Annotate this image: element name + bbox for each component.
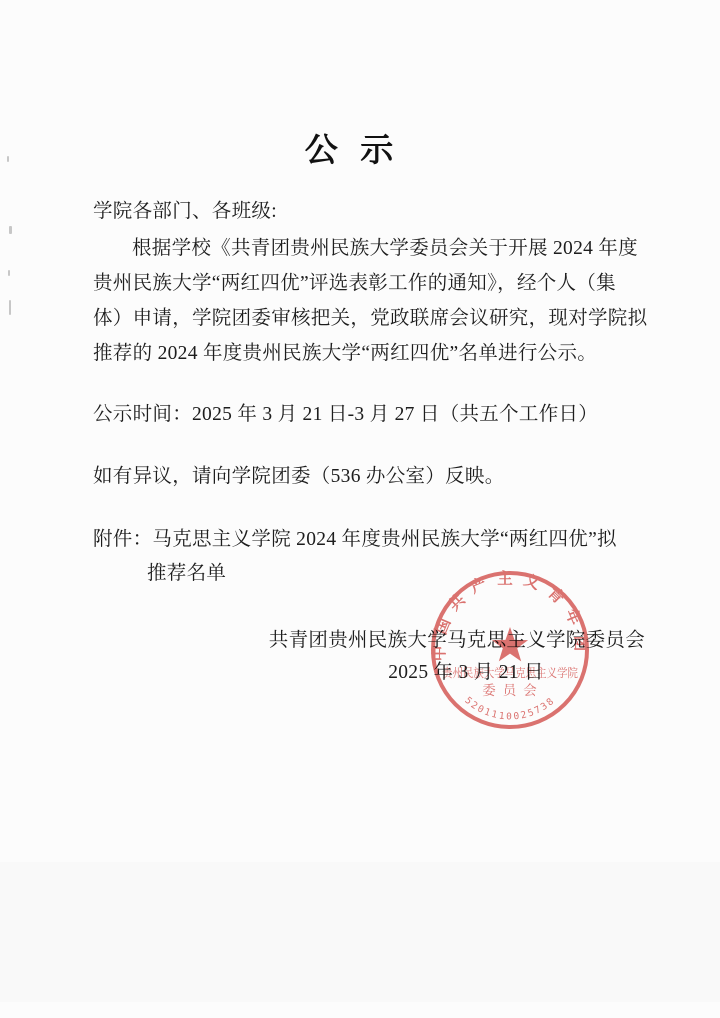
notice-title: 公 示	[0, 124, 700, 171]
body-line: 贵州民族大学“两红四优”评选表彰工作的通知》，经个人（集	[93, 266, 648, 301]
body-line: 体）申请，学院团委审核把关，党政联席会议研究，现对学院拟	[93, 301, 648, 336]
scan-artifact	[9, 300, 11, 315]
salutation: 学院各部门、各班级:	[93, 200, 277, 223]
seal-code: 5201110025738	[462, 695, 557, 722]
signature-org: 共青团贵州民族大学马克思主义学院委员会	[0, 629, 645, 652]
attachment-line: 附件：马克思主义学院 2024 年度贵州民族大学“两红四优”拟	[93, 528, 617, 551]
scanned-notice-page: 公 示 学院各部门、各班级: 根据学校《共青团贵州民族大学委员会关于开展 202…	[0, 0, 720, 1018]
attachment-line: 推荐名单	[147, 562, 226, 585]
notice-period: 公示时间：2025 年 3 月 21 日-3 月 27 日（共五个工作日）	[93, 403, 598, 426]
body-line: 推荐的 2024 年度贵州民族大学“两红四优”名单进行公示。	[93, 336, 648, 371]
objection-contact: 如有异议，请向学院团委（536 办公室）反映。	[93, 465, 505, 488]
notice-body: 根据学校《共青团贵州民族大学委员会关于开展 2024 年度 贵州民族大学“两红四…	[93, 231, 648, 371]
body-line: 根据学校《共青团贵州民族大学委员会关于开展 2024 年度	[93, 231, 648, 266]
signature-date: 2025 年 3 月 21 日	[266, 661, 666, 684]
scan-artifact	[9, 226, 12, 234]
seal-committee-text: 委员会	[482, 683, 544, 698]
scan-shading-band	[0, 862, 720, 1002]
scan-artifact	[8, 270, 10, 276]
